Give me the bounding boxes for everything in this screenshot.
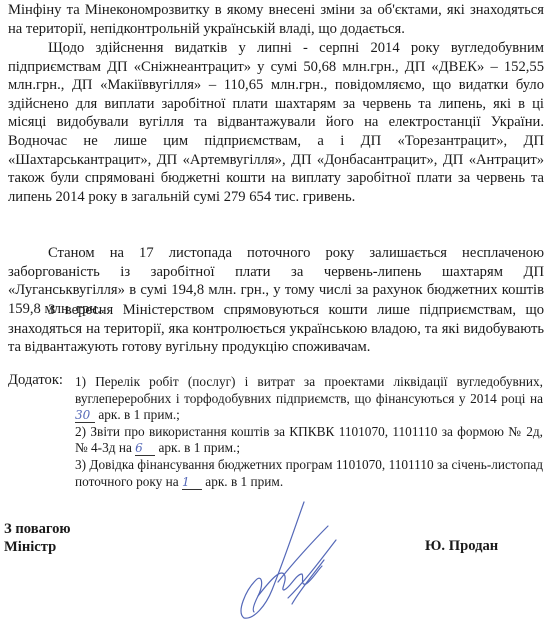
addendum-list: 1) Перелік робіт (послуг) і витрат за пр… (75, 374, 543, 490)
handwritten-sheet-count: 6 (135, 442, 155, 456)
addendum-label: Додаток: (8, 372, 63, 389)
handwritten-sheet-count: 30 (75, 409, 95, 423)
paragraph-expenditures: Щодо здійснення видатків у липні - серпн… (8, 39, 544, 206)
addendum-item: 1) Перелік робіт (послуг) і витрат за пр… (75, 374, 543, 424)
addendum-item: 2) Звіти про використання коштів за КПКВ… (75, 424, 543, 457)
paragraph-intro: Мінфіну та Мінекономрозвитку в якому вне… (8, 1, 544, 38)
signer-name: Ю. Продан (425, 537, 498, 555)
signer-title: Міністр (4, 538, 56, 556)
paragraph-september: З вересня Міністерством спрямовуються ко… (8, 301, 544, 357)
closing-phrase: З повагою (4, 520, 71, 538)
handwritten-signature (232, 500, 372, 622)
addendum-item: 3) Довідка фінансування бюджетних програ… (75, 457, 543, 490)
handwritten-sheet-count: 1 (182, 476, 202, 490)
